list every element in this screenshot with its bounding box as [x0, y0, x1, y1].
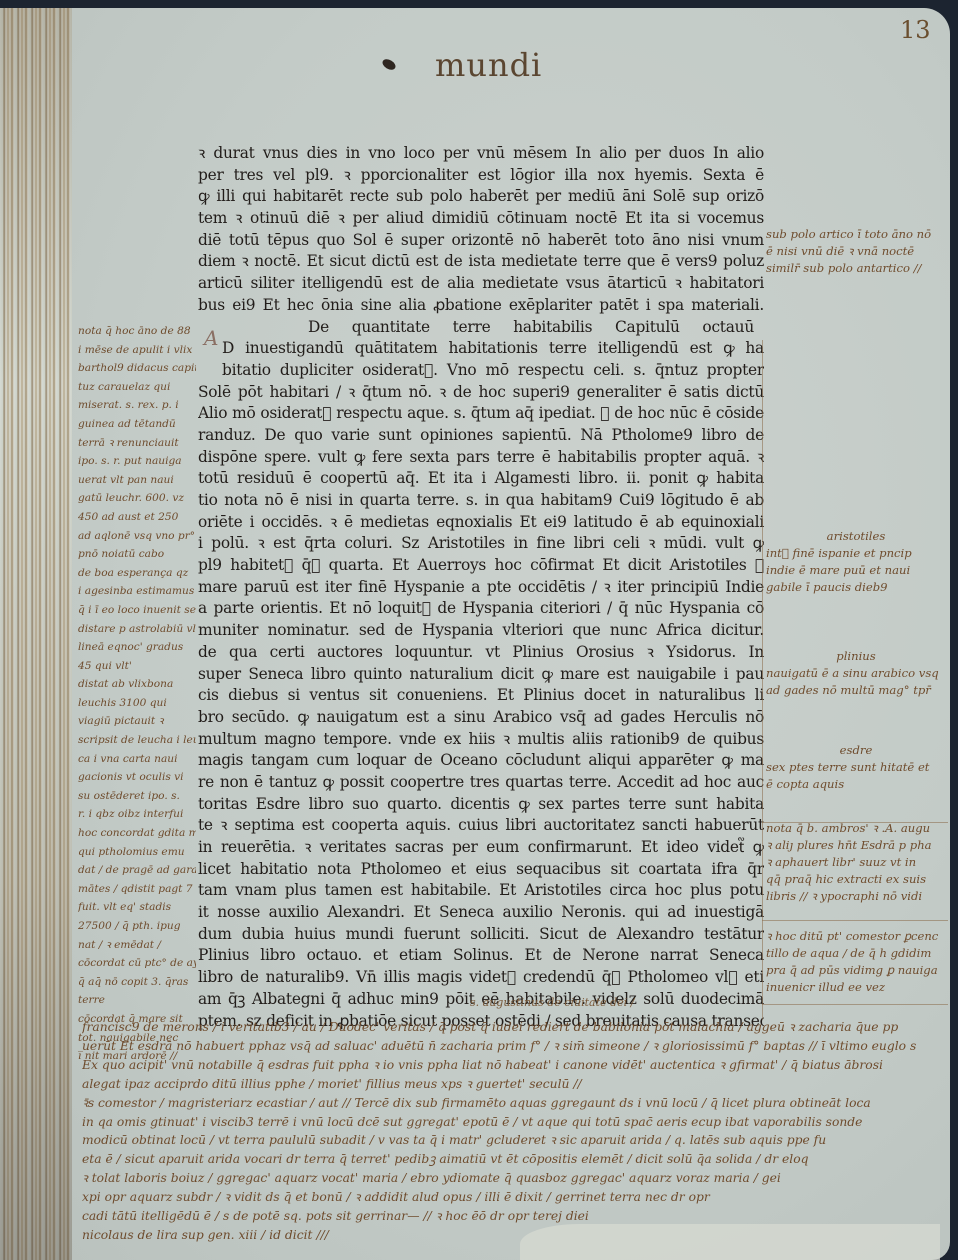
right-margin-note: pliniusnauigatū ē a sinu arabico vsqad g… — [766, 648, 946, 699]
printed-line: articū siliter itelligendū est de alia m… — [198, 273, 764, 295]
note-line: scripsit de leucha i leu — [78, 731, 196, 750]
printed-line: de qua certi auctores loquuntur. vt Plin… — [198, 642, 764, 664]
note-line: libris // ꝛ ypocraphi nō vidi — [766, 888, 932, 905]
note-line: ꝛ aliȷ plures hn̄t Esdrā p pha — [766, 837, 932, 854]
note-line: terrā ꝛ renunciauit — [78, 434, 196, 453]
note-line: modicū obtinat locū / vt terra paululū s… — [82, 1131, 942, 1150]
right-margin-note: sub polo artico ī toto āno nōē nisi vnū … — [766, 226, 931, 277]
printed-line: a parte orientis. Et nō loquit᷑ de Hyspa… — [198, 598, 764, 620]
printed-line: diem ꝛ noctē. Et sicut dictū est de ista… — [198, 251, 764, 273]
note-line: viagiū pictauit ꝛ — [78, 712, 196, 731]
printed-line: oriēte i occidēs. ꝛ ē medietas eqnoxiali… — [198, 512, 764, 534]
running-head: mundi — [435, 46, 542, 84]
printed-line: tio nota nō ē nisi in quarta terre. s. i… — [198, 490, 764, 512]
note-line: uerat vlt pan naui — [78, 471, 196, 490]
printed-line: bro secūdo. ꝙ nauigatum est a sinu Arabi… — [198, 707, 764, 729]
note-line: dat / de pragē ad gara — [78, 861, 196, 880]
note-line: ꝛ tolat laboris boiuz / ggregac' aquarz … — [82, 1169, 942, 1188]
printed-line: bus ei9 Et hec ōnia sine alia ꝓbatione e… — [198, 295, 764, 317]
printed-text-block: ꝛ durat vnus dies in vno loco per vnū mē… — [198, 143, 764, 1032]
bottom-margin-note: francisc9 de merons / i veritatib3 / au … — [82, 1018, 942, 1245]
note-line: i mēse de apulit i vlix — [78, 341, 196, 360]
note-line: ipo. s. r. put nauiga — [78, 452, 196, 471]
note-line: gatū leuchr. 600. vz — [78, 489, 196, 508]
marginal-initial: A — [204, 326, 218, 350]
note-line: pra q̄ ad pūs vidimg ꝑ nauiga — [766, 962, 938, 979]
note-line: tuz carauelaz qui — [78, 378, 196, 397]
printed-line: muniter nominatur. sed de Hyspania vlter… — [198, 620, 764, 642]
printed-line: dispōne spere. vult ꝙ fere sexta pars te… — [198, 447, 764, 469]
printed-line: Alio mō osiderat᷑ respectu aque. s. q̄tu… — [198, 403, 764, 425]
note-heading: aristotiles — [766, 528, 946, 545]
note-line: qui ptholomius emu — [78, 843, 196, 862]
note-line: Ex quo acipit' vnū notabille q̄ esdras f… — [82, 1056, 942, 1075]
right-margin-note: esdresex ptes terre sunt hitatē etē copt… — [766, 742, 946, 793]
note-line: cadi tātū itelligēdū ē / s de potē sq. p… — [82, 1207, 942, 1226]
printed-line: pl9 habitet᷑ q̄ꝫ quarta. Et Auerroys hoc… — [198, 555, 764, 577]
note-line: francisc9 de merons / i veritatib3 / au … — [82, 1018, 942, 1037]
note-line: 27500 / q̄ pth. ipug — [78, 917, 196, 936]
printed-line: ꝛ durat vnus dies in vno loco per vnū mē… — [198, 143, 764, 165]
note-line: tillo de aqua / de q̄ h gdidim — [766, 945, 938, 962]
note-line: distare p astrolabiū vlt — [78, 620, 196, 639]
note-line: 450 ad aust et 250 — [78, 508, 196, 527]
note-line: guinea ad tētandū — [78, 415, 196, 434]
note-line: r. i qbz oibz interfui — [78, 805, 196, 824]
right-margin-note: nota q̄ b. ambros' ꝛ .A. auguꝛ aliȷ plur… — [766, 820, 932, 905]
note-line: distat ab vlixbona — [78, 675, 196, 694]
note-line: int᷑ finē ispanie et pncip — [766, 545, 946, 562]
note-line: nota q̄ hoc āno de 88 — [78, 322, 196, 341]
chapter-label: Capitulū octauū — [615, 318, 754, 336]
folio-number: 13 — [900, 16, 931, 44]
note-line: sub polo artico ī toto āno nō — [766, 226, 931, 243]
note-line: lineā eqnoc' gradus — [78, 638, 196, 657]
printed-line: in reuerētia. ꝛ veritates sacras per eum… — [198, 837, 764, 859]
printed-line: magis tangam cum loquar de Oceano cōclud… — [198, 750, 764, 772]
printed-line: toritas Esdre libro suo quarto. dicentis… — [198, 794, 764, 816]
right-margin-note: aristotilesint᷑ finē ispanie et pncipind… — [766, 528, 946, 596]
printed-line: tem ꝛ otinuū diē ꝛ per aliud dimidiū cōt… — [198, 208, 764, 230]
printed-line: tam vnam plus tamen est habitabile. Et A… — [198, 880, 764, 902]
note-line: ꝛ aphauert libr' suuz vt in — [766, 854, 932, 871]
printed-line: i polū. ꝛ est q̄rta coluri. Sz Aristotil… — [198, 533, 764, 555]
note-line: mātes / qdistit pagt 7 — [78, 880, 196, 899]
note-line: su ostēderet ipo. s. — [78, 787, 196, 806]
note-line: uerūt Et esdrā nō habuert pphaz vsq̄ ad … — [82, 1037, 942, 1056]
printed-line: mare paruū est iter finē Hyspanie a pte … — [198, 577, 764, 599]
note-box-bottom — [762, 1004, 948, 1005]
note-line: hoc concordat gdita marini — [78, 824, 196, 843]
note-line: ad gades nō multū mag° tpr̄ — [766, 682, 946, 699]
printed-line: D inuestigandū quātitatem habitationis t… — [198, 338, 764, 360]
printed-line: Solē pōt habitari / ꝛ q̄tum nō. ꝛ de hoc… — [198, 382, 764, 404]
note-line: similr̄ sub polo antartico // — [766, 260, 931, 277]
note-line: eta ē / sicut aparuit arida vocari dr te… — [82, 1150, 942, 1169]
note-line: in qa omis gtinuat' i viscib3 terrē i vn… — [82, 1113, 942, 1132]
note-line: ad aqlonē vsq vno pr° — [78, 527, 196, 546]
note-line: nota q̄ b. ambros' ꝛ .A. augu — [766, 820, 932, 837]
page-block-edge — [0, 8, 72, 1260]
note-line: ca i vna carta naui — [78, 750, 196, 769]
note-line: leuchis 3100 qui — [78, 694, 196, 713]
printed-line: bitatio dupliciter osiderat᷑. Vno mō res… — [198, 360, 764, 382]
note-line: de boa esperança qz — [78, 564, 196, 583]
note-line: nat / ꝛ emēdat / — [78, 936, 196, 955]
note-line: miserat. s. rex. p. i — [78, 396, 196, 415]
note-line: barthol9 didacus capitaus — [78, 359, 196, 378]
note-line: terre — [78, 991, 196, 1010]
printed-line: multum magno tempore. vnde ex hiis ꝛ mul… — [198, 729, 764, 751]
note-heading: plinius — [766, 648, 946, 665]
note-line: ꝛ hoc ditū pt' comestor ꝑcenc — [766, 928, 938, 945]
printed-line: libro de naturalib9. Vn̄ illis magis vid… — [198, 967, 764, 989]
note-line: nauigatū ē a sinu arabico vsq — [766, 665, 946, 682]
note-line: fuit. vlt eq' stadis — [78, 898, 196, 917]
note-line: indie ē mare puū et naui — [766, 562, 946, 579]
right-margin-note: ꝛ hoc ditū pt' comestor ꝑcenctillo de aq… — [766, 928, 938, 996]
note-line: i agesinba estimamus — [78, 582, 196, 601]
note-line: cōcordat cū ptc° de ayliac — [78, 954, 196, 973]
chapter-heading: De quantitate terre habitabilis Capitulū… — [198, 317, 764, 339]
printed-line: diē totū tēpus quo Sol ē super orizontē … — [198, 230, 764, 252]
printed-line: per tres vel pl9. ꝛ pporcionaliter est l… — [198, 165, 764, 187]
note-line: 45 qui vlt' — [78, 657, 196, 676]
printed-line: totū residuū ē coopertū aq̄. Et ita i Al… — [198, 468, 764, 490]
printed-line: ꝙ illi qui habitarēt recte sub polo habe… — [198, 186, 764, 208]
printed-line: Plinius libro octauo. et etiam Solinus. … — [198, 945, 764, 967]
note-line: xpi opr aquarz subdr / ꝛ vidit ds q̄ et … — [82, 1188, 942, 1207]
note-line: gacionis vt oculis vi — [78, 768, 196, 787]
note-line: q̄ i ī eo loco inuenit se — [78, 601, 196, 620]
note-line: alegat ipaz acciprdo ditū illius pphe / … — [82, 1075, 942, 1094]
note-line: sex ptes terre sunt hitatē et — [766, 759, 946, 776]
note-line: qq̄ praq̄ hic extracti ex suis — [766, 871, 932, 888]
printed-line: re non ē tantuz ꝙ possit coopertre tres … — [198, 772, 764, 794]
printed-line: cis diebus si ventus sit conueniens. Et … — [198, 685, 764, 707]
note-box-divider — [762, 920, 948, 921]
note-heading: esdre — [766, 742, 946, 759]
note-line: ꝛ̄s comestor / magristeriarz ecastiar / … — [82, 1094, 942, 1113]
note-line: pnō noiatū cabo — [78, 545, 196, 564]
note-line: ē nisi vnū diē ꝛ vnā noctē — [766, 243, 931, 260]
left-margin-note: nota q̄ hoc āno de 88i mēse de apulit i … — [78, 322, 196, 1066]
note-line: gabile ī paucis dieb9 — [766, 579, 946, 596]
note-line: q̄ aq̄ nō copit 3. q̄ras — [78, 973, 196, 992]
note-line: ē copta aquis — [766, 776, 946, 793]
citation-note: s. augustinus de ciuitate dei / — [470, 996, 634, 1009]
note-line: nicolaus de lira sup gen. xiii / id dici… — [82, 1226, 942, 1245]
printed-line: licet habitatio nota Ptholomeo et eius s… — [198, 859, 764, 881]
printed-line: it nosse auxilio Alexandri. Et Seneca au… — [198, 902, 764, 924]
note-line: inuenicr illud ee vez — [766, 979, 938, 996]
printed-line: super Seneca libro quinto naturalium dic… — [198, 664, 764, 686]
chapter-title: De quantitate terre habitabilis — [308, 318, 592, 336]
printed-line: randuz. De quo varie sunt opiniones sapi… — [198, 425, 764, 447]
printed-line: dum dubia huius mundi fuerunt solliciti.… — [198, 924, 764, 946]
printed-line: te ꝛ septima est cooperta aquis. cuius l… — [198, 815, 764, 837]
margin-rule — [762, 340, 763, 1020]
